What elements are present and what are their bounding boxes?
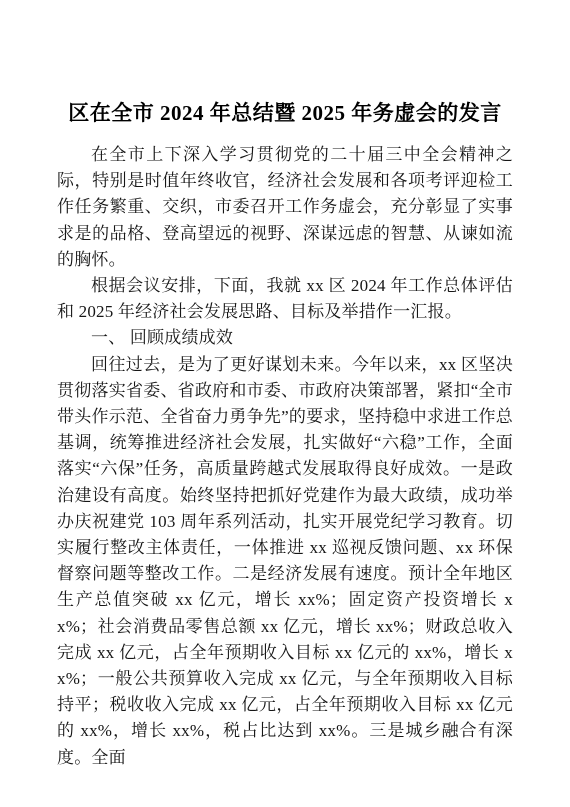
paragraph-intro: 在全市上下深入学习贯彻党的二十届三中全会精神之际，特别是时值年终收官，经济社会发… [57,142,513,273]
section-heading-review: 一、 回顾成绩成效 [57,325,513,351]
paragraph-agenda: 根据会议安排，下面，我就 xx 区 2024 年工作总体评估和 2025 年经济… [57,273,513,325]
document-title: 区在全市 2024 年总结暨 2025 年务虚会的发言 [57,98,513,129]
paragraph-achievements: 回往过去，是为了更好谋划未来。今年以来，xx 区坚决贯彻落实省委、省政府和市委、… [57,352,513,771]
document-page: 区在全市 2024 年总结暨 2025 年务虚会的发言 在全市上下深入学习贯彻党… [0,0,570,807]
